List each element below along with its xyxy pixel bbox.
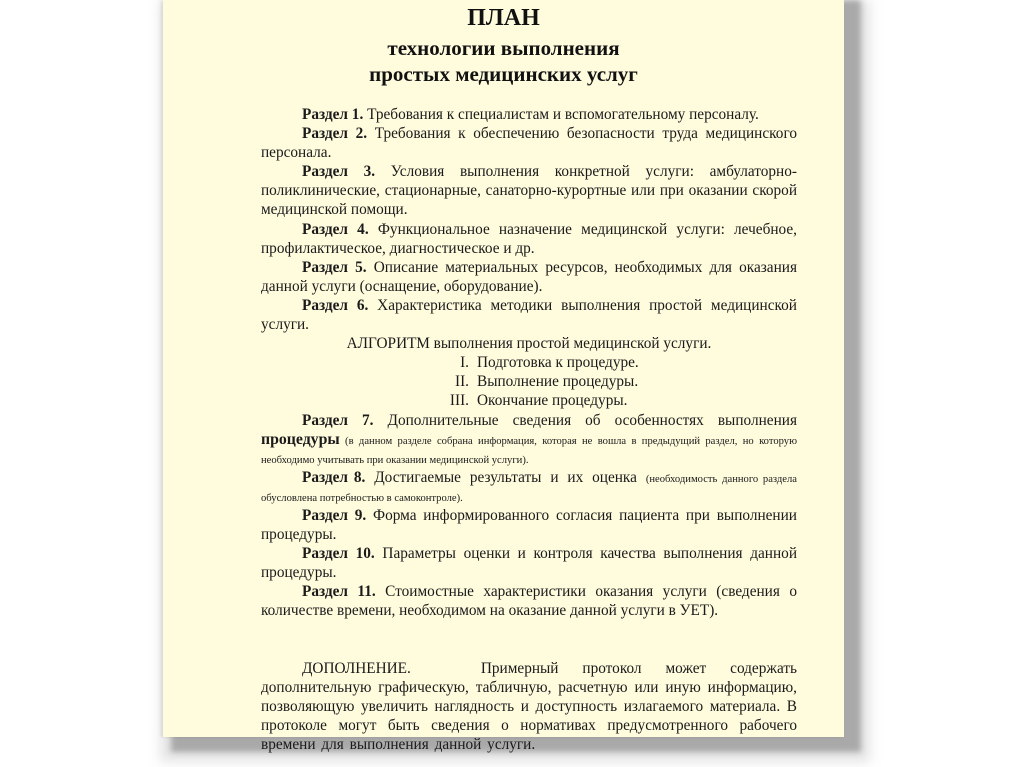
section-8: Раздел 8. Достигаемые результаты и их оц…: [261, 468, 797, 506]
section-emphasis: процедуры: [261, 431, 340, 448]
section-2: Раздел 2. Требования к обеспечению безоп…: [261, 124, 797, 162]
section-label: Раздел 1.: [302, 106, 363, 123]
section-7: Раздел 7. Дополнительные сведения об осо…: [261, 411, 797, 468]
section-label: Раздел 4.: [302, 221, 369, 238]
section-9: Раздел 9. Форма информированного согласи…: [261, 506, 797, 544]
section-6: Раздел 6. Характеристика методики выполн…: [261, 296, 797, 334]
document-page: ПЛАН технологии выполнения простых медиц…: [163, 0, 844, 737]
algorithm-step-2: II.Выполнение процедуры.: [261, 372, 797, 391]
spacer: [261, 621, 797, 659]
section-label: Раздел 6.: [302, 297, 368, 314]
step-number: III.: [261, 391, 477, 410]
section-4: Раздел 4. Функциональное назначение меди…: [261, 220, 797, 258]
algorithm-heading: АЛГОРИТМ выполнения простой медицинской …: [261, 334, 797, 353]
section-note: (в данном разделе собрана информация, ко…: [261, 436, 797, 466]
step-number: II.: [261, 372, 477, 391]
algorithm-step-1: I.Подготовка к процедуре.: [261, 353, 797, 372]
document-subtitle-line1: технологии выполнения: [163, 36, 844, 61]
section-label: Раздел 3.: [302, 163, 375, 180]
section-5: Раздел 5. Описание материальных ресурсов…: [261, 258, 797, 296]
algorithm-step-3: III.Окончание процедуры.: [261, 391, 797, 410]
section-label: Раздел 9.: [302, 507, 366, 524]
section-label: Раздел 11.: [302, 583, 376, 600]
section-10: Раздел 10. Параметры оценки и контроля к…: [261, 544, 797, 582]
section-text: Требования к специалистам и вспомогатель…: [363, 106, 759, 123]
section-label: Раздел 7.: [302, 412, 373, 429]
step-text: Окончание процедуры.: [477, 391, 627, 410]
step-text: Подготовка к процедуре.: [477, 353, 639, 372]
section-3: Раздел 3. Условия выполнения конкретной …: [261, 162, 797, 219]
addendum-lead: ДОПОЛНЕНИЕ.: [302, 660, 411, 677]
section-label: Раздел 5.: [302, 259, 367, 276]
document-body: Раздел 1. Требования к специалистам и вс…: [261, 105, 797, 754]
section-label: Раздел 10.: [302, 545, 375, 562]
section-text: Достигаемые результаты и их оценка: [365, 469, 645, 486]
section-label: Раздел 8.: [302, 469, 365, 486]
step-number: I.: [261, 353, 477, 372]
section-1: Раздел 1. Требования к специалистам и вс…: [261, 105, 797, 124]
step-text: Выполнение процедуры.: [477, 372, 638, 391]
section-label: Раздел 2.: [302, 125, 367, 142]
document-subtitle-line2: простых медицинских услуг: [163, 62, 844, 87]
document-title: ПЛАН: [163, 5, 844, 32]
section-text: Дополнительные сведения об особенностях …: [373, 412, 797, 429]
addendum: ДОПОЛНЕНИЕ.Примерный протокол может соде…: [261, 659, 797, 754]
section-11: Раздел 11. Стоимостные характеристики ок…: [261, 582, 797, 620]
